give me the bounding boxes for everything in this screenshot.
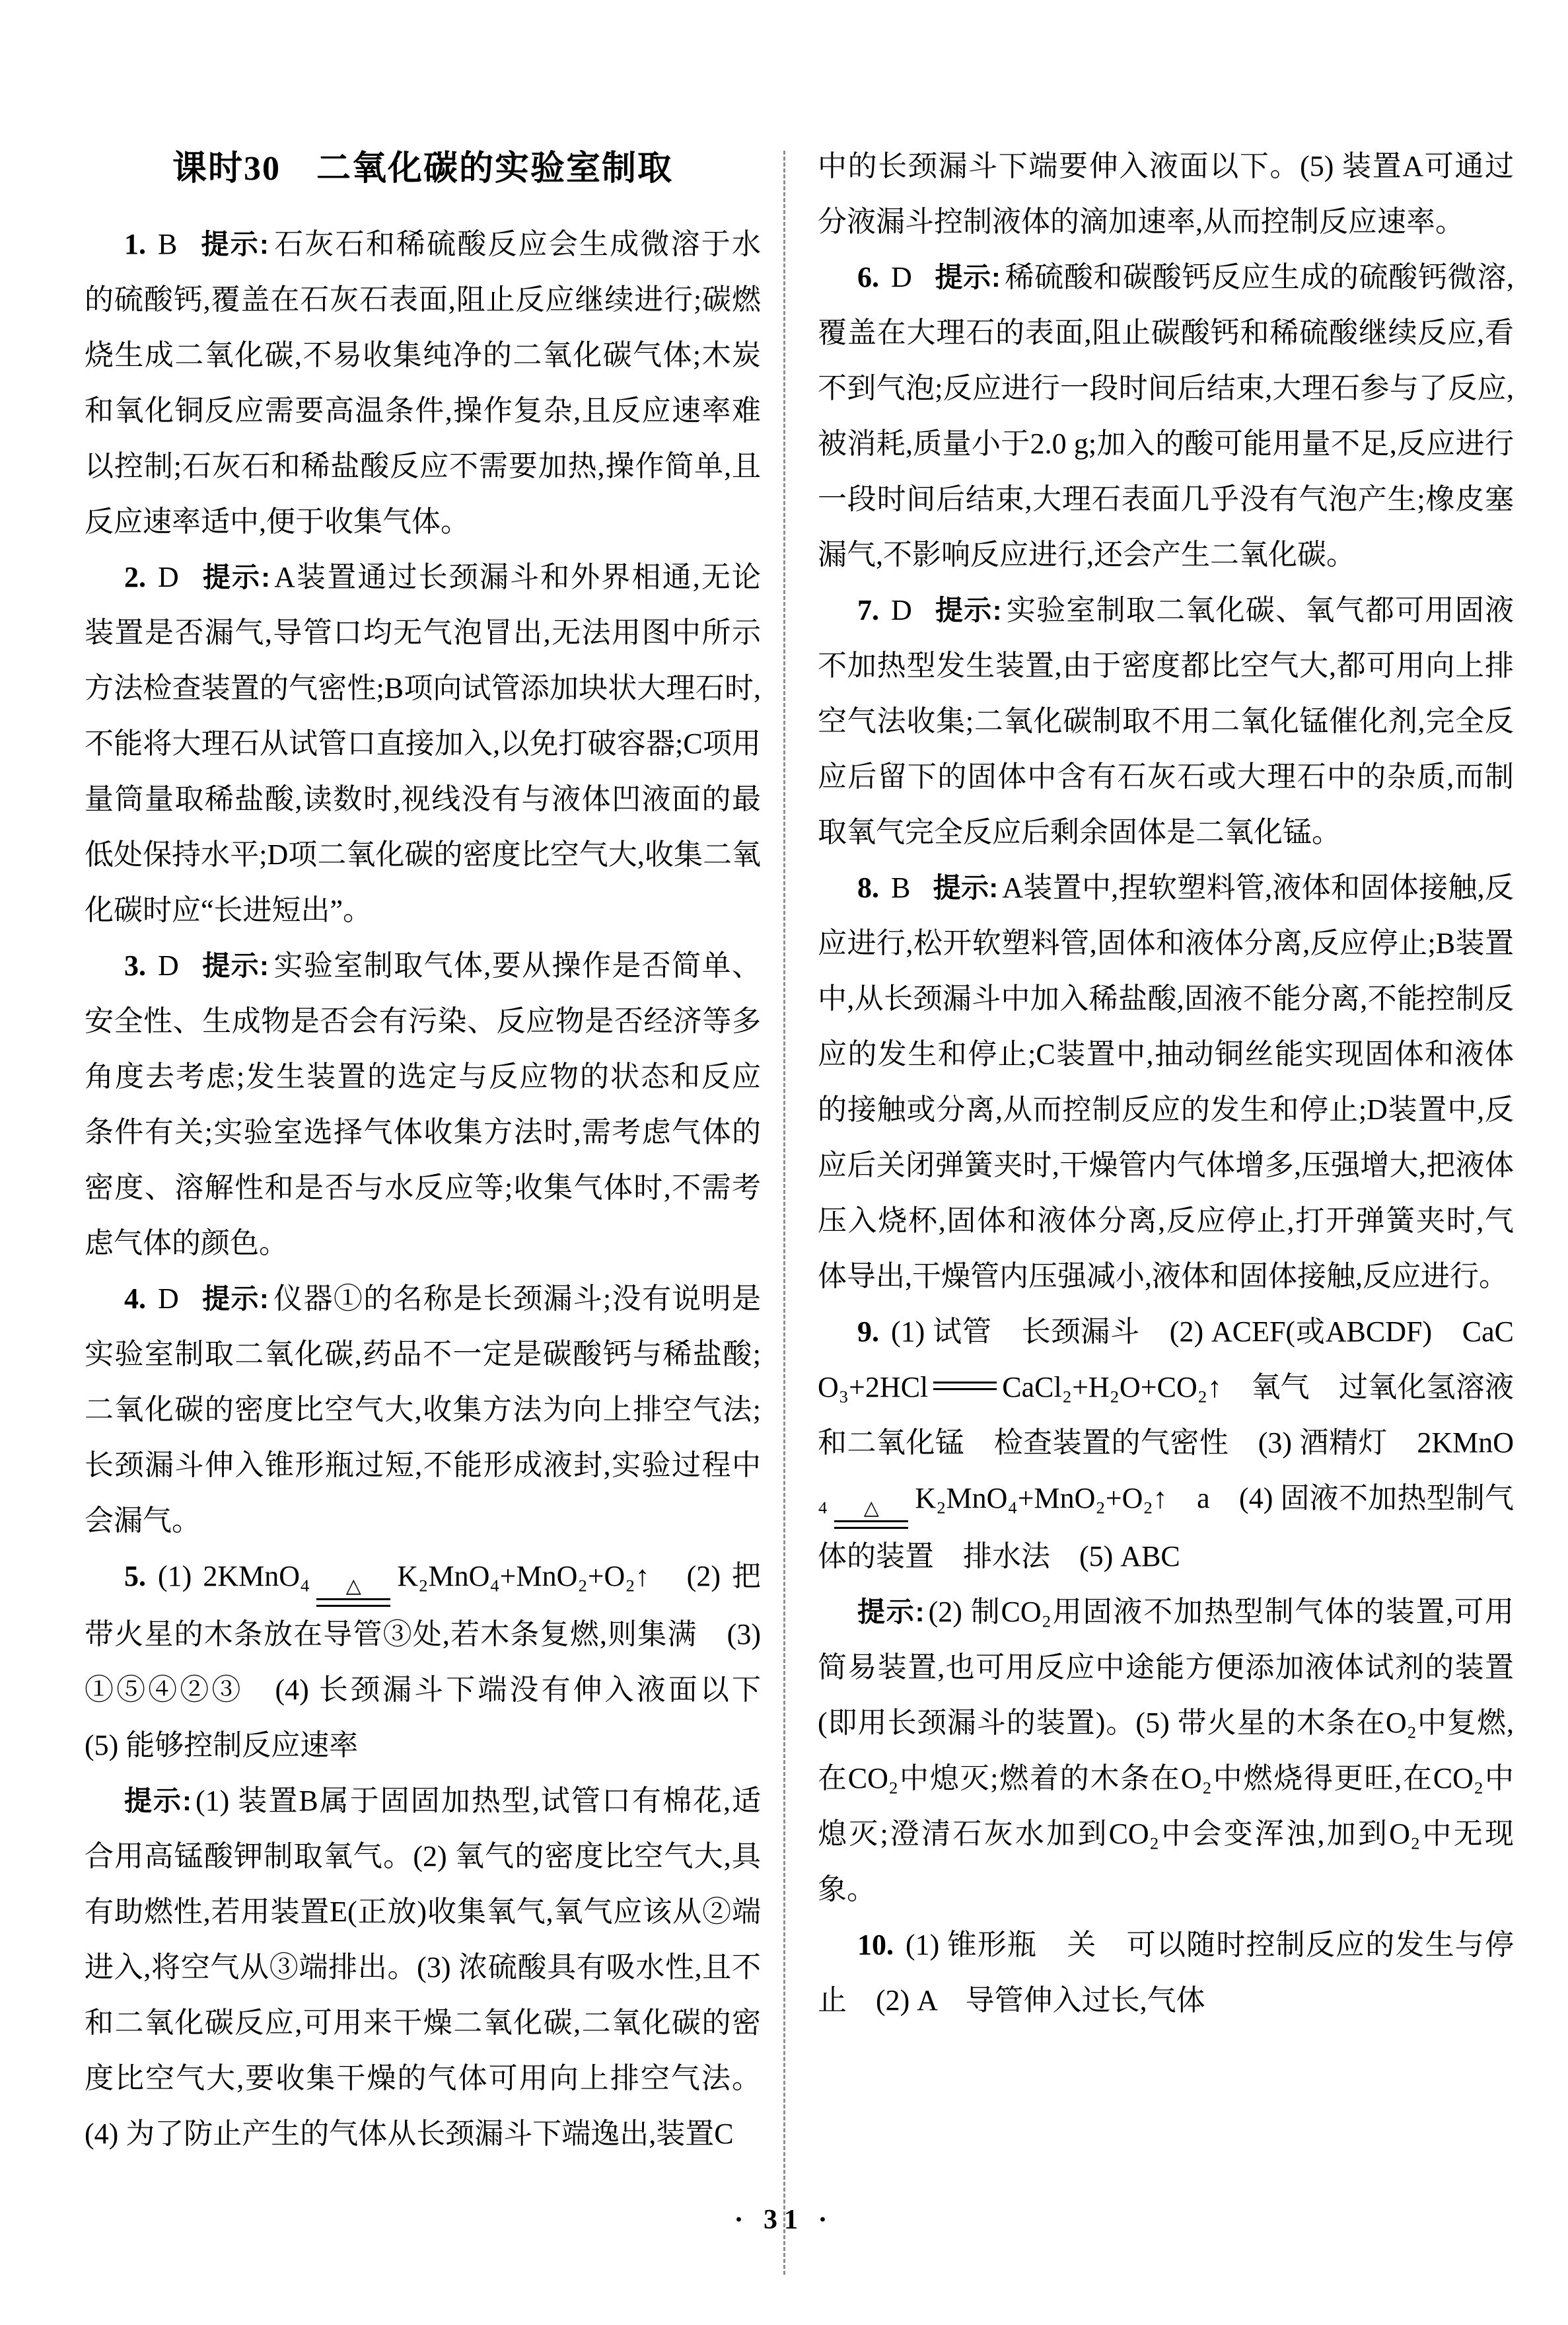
equals-symbol xyxy=(933,1382,997,1390)
left-column: 课时30 二氧化碳的实验室制取 1.B提示:石灰石和稀硫酸反应会生成微溶于水的硫… xyxy=(85,139,761,2260)
answer-item-2: 2.D提示:A装置通过长颈漏斗和外界相通,无论装置是否漏气,导管口均无气泡冒出,… xyxy=(85,550,761,938)
answer-text: (1) 装置B属于固固加热型,试管口有棉花,适合用高锰酸钾制取氧气。(2) 氧气… xyxy=(85,1785,761,2150)
hint-label: 提示: xyxy=(201,1283,269,1314)
answer-page: 课时30 二氧化碳的实验室制取 1.B提示:石灰石和稀硫酸反应会生成微溶于水的硫… xyxy=(0,0,1568,2325)
hint-label: 提示: xyxy=(124,1785,192,1816)
delta-triangle-icon: △ xyxy=(834,1498,908,1519)
hint-label: 提示: xyxy=(201,562,270,593)
answer-text: 石灰石和稀硫酸反应会生成微溶于水的硫酸钙,覆盖在石灰石表面,阻止反应继续进行;碳… xyxy=(85,228,761,538)
right-column: 中的长颈漏斗下端要伸入液面以下。(5) 装置A可通过分液漏斗控制液体的滴加速率,… xyxy=(818,139,1514,2296)
answer-letter: D xyxy=(158,949,179,982)
page-title: 课时30 二氧化碳的实验室制取 xyxy=(85,139,761,200)
double-line xyxy=(834,1520,908,1529)
answer-letter: D xyxy=(891,261,912,293)
answer-item-10: 10.(1) 锥形瓶 关 可以随时控制反应的发生与停止 (2) A 导管伸入过长… xyxy=(818,1917,1514,2028)
item-number: 3. xyxy=(124,949,146,982)
answer-item-1: 1.B提示:石灰石和稀硫酸反应会生成微溶于水的硫酸钙,覆盖在石灰石表面,阻止反应… xyxy=(85,217,761,550)
double-line xyxy=(316,1598,390,1607)
answer-text: (1) 2KMnO₄ xyxy=(158,1560,310,1592)
item-number: 7. xyxy=(857,594,879,626)
hint-label: 提示: xyxy=(199,229,269,260)
hint-label: 提示: xyxy=(935,595,1002,626)
hint-paragraph-5-continued: 中的长颈漏斗下端要伸入液面以下。(5) 装置A可通过分液漏斗控制液体的滴加速率,… xyxy=(818,139,1514,250)
answer-letter: D xyxy=(891,594,912,626)
answer-item-7: 7.D提示:实验室制取二氧化碳、氧气都可用固液不加热型发生装置,由于密度都比空气… xyxy=(818,583,1514,860)
answer-letter: B xyxy=(158,228,177,260)
item-number: 10. xyxy=(857,1929,894,1961)
item-number: 2. xyxy=(124,561,146,593)
answer-letter: B xyxy=(891,871,910,904)
answer-text: 稀硫酸和碳酸钙反应生成的硫酸钙微溶,覆盖在大理石的表面,阻止碳酸钙和稀硫酸继续反… xyxy=(818,261,1514,571)
heated-equals-symbol: △ xyxy=(316,1576,390,1607)
hint-paragraph-9: 提示:(2) 制CO₂用固液不加热型制气体的装置,可用简易装置,也可用反应中途能… xyxy=(818,1584,1514,1917)
answer-item-9: 9.(1) 试管 长颈漏斗 (2) ACEF(或ABCDF) CaCO₃+2HC… xyxy=(818,1304,1514,1584)
answer-text: A装置中,捏软塑料管,液体和固体接触,反应进行,松开软塑料管,固体和液体分离,反… xyxy=(818,871,1514,1292)
answer-text: K₂MnO₄+MnO₂+O₂↑ a (4) 固液不加热型制气体的装置 排水法 (… xyxy=(818,1482,1514,1572)
answer-text: 中的长颈漏斗下端要伸入液面以下。(5) 装置A可通过分液漏斗控制液体的滴加速率,… xyxy=(818,150,1514,238)
hint-label: 提示: xyxy=(201,950,269,981)
item-number: 4. xyxy=(124,1282,146,1315)
answer-item-4: 4.D提示:仪器①的名称是长颈漏斗;没有说明是实验室制取二氧化碳,药品不一定是碳… xyxy=(85,1271,761,1549)
delta-triangle-icon: △ xyxy=(316,1576,390,1597)
item-number: 9. xyxy=(857,1315,879,1348)
answer-text: A装置通过长颈漏斗和外界相通,无论装置是否漏气,导管口均无气泡冒出,无法用图中所… xyxy=(85,561,761,926)
hint-label: 提示: xyxy=(935,262,1001,293)
answer-text: (2) 制CO₂用固液不加热型制气体的装置,可用简易装置,也可用反应中途能方便添… xyxy=(818,1596,1514,1905)
left-column-paragraphs: 1.B提示:石灰石和稀硫酸反应会生成微溶于水的硫酸钙,覆盖在石灰石表面,阻止反应… xyxy=(85,217,761,2162)
answer-item-6: 6.D提示:稀硫酸和碳酸钙反应生成的硫酸钙微溶,覆盖在大理石的表面,阻止碳酸钙和… xyxy=(818,250,1514,583)
answer-text: 实验室制取气体,要从操作是否简单、安全性、生成物是否会有污染、反应物是否经济等多… xyxy=(85,949,761,1259)
answer-letter: D xyxy=(158,1282,179,1315)
hint-label: 提示: xyxy=(933,872,998,903)
hint-paragraph-5: 提示:(1) 装置B属于固固加热型,试管口有棉花,适合用高锰酸钾制取氧气。(2)… xyxy=(85,1773,761,2162)
answer-text: (1) 锥形瓶 关 可以随时控制反应的发生与停止 (2) A 导管伸入过长,气体 xyxy=(818,1929,1514,2016)
answer-text: 实验室制取二氧化碳、氧气都可用固液不加热型发生装置,由于密度都比空气大,都可用向… xyxy=(818,594,1514,848)
answer-item-8: 8.B提示:A装置中,捏软塑料管,液体和固体接触,反应进行,松开软塑料管,固体和… xyxy=(818,860,1514,1304)
hint-label: 提示: xyxy=(857,1596,925,1627)
answer-item-5: 5.(1) 2KMnO₄△K₂MnO₄+MnO₂+O₂↑ (2) 把带火星的木条… xyxy=(85,1549,761,1773)
column-divider xyxy=(783,151,785,2275)
heated-equals-symbol: △ xyxy=(834,1498,908,1529)
item-number: 1. xyxy=(124,228,146,260)
page-number: · 31 · xyxy=(0,2204,1568,2236)
answer-letter: D xyxy=(158,561,179,593)
right-column-paragraphs: 中的长颈漏斗下端要伸入液面以下。(5) 装置A可通过分液漏斗控制液体的滴加速率,… xyxy=(818,139,1514,2028)
item-number: 5. xyxy=(124,1560,146,1592)
item-number: 6. xyxy=(857,261,879,293)
item-number: 8. xyxy=(857,871,879,904)
answer-text: 仪器①的名称是长颈漏斗;没有说明是实验室制取二氧化碳,药品不一定是碳酸钙与稀盐酸… xyxy=(85,1282,761,1537)
answer-item-3: 3.D提示:实验室制取气体,要从操作是否简单、安全性、生成物是否会有污染、反应物… xyxy=(85,938,761,1271)
